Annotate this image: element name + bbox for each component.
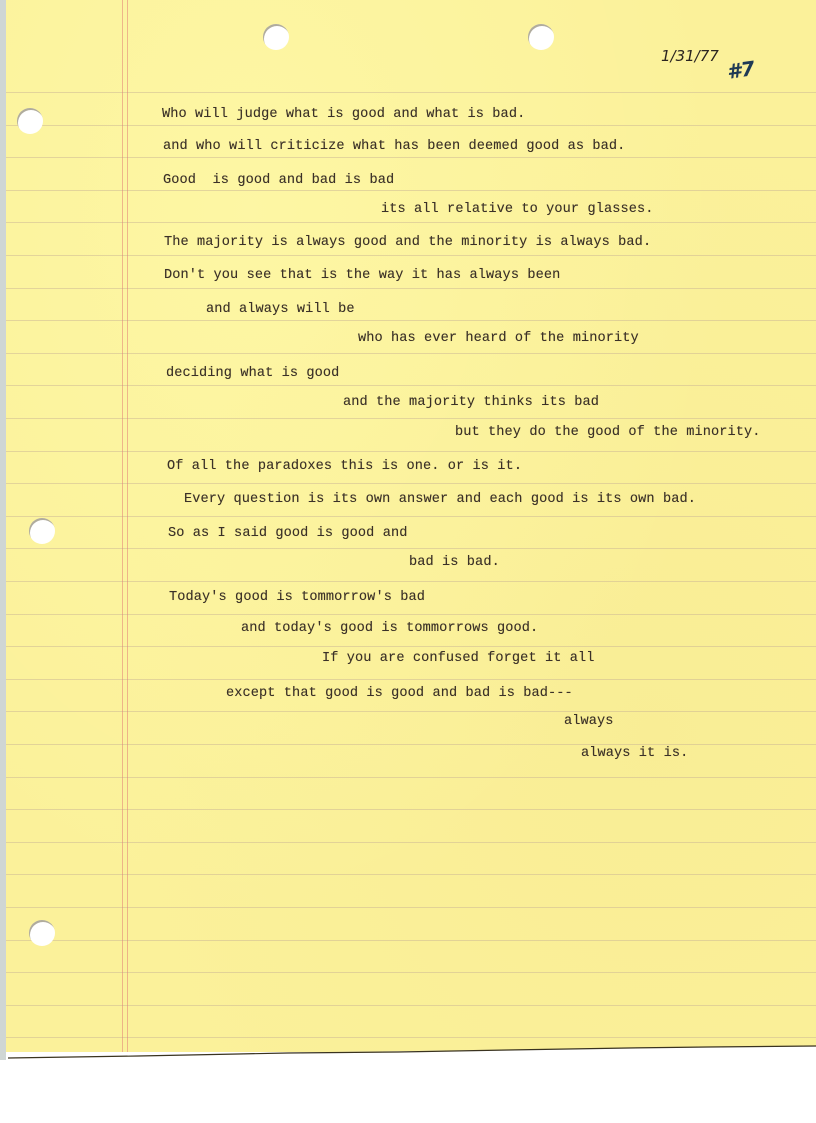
margin-line-right [127,0,128,1052]
poem-line-1: Who will judge what is good and what is … [162,107,525,122]
punch-hole-top-2 [528,24,554,50]
poem-line-18: If you are confused forget it all [322,651,595,666]
poem-line-20: always [564,714,614,729]
scanner-edge [0,0,6,1060]
poem-line-13: Every question is its own answer and eac… [184,492,696,507]
punch-hole-bottom-left [29,920,55,946]
poem-line-7: and always will be [206,302,355,317]
yellow-ruled-paper [6,0,816,1052]
punch-hole-top-left [17,108,43,134]
poem-line-11: but they do the good of the minority. [455,425,761,440]
poem-line-5: The majority is always good and the mino… [164,235,651,250]
poem-line-17: and today's good is tommorrows good. [241,621,538,636]
poem-line-21: always it is. [581,746,688,761]
poem-line-2: and who will criticize what has been dee… [163,139,625,154]
poem-line-14: So as I said good is good and [168,526,407,541]
scanned-page: 1/31/77 #7 Who will judge what is good a… [0,0,816,1123]
poem-line-19: except that good is good and bad is bad-… [226,686,573,701]
handwritten-date: 1/31/77 [661,47,719,65]
margin-line-left [122,0,123,1052]
poem-line-15: bad is bad. [409,555,500,570]
punch-hole-top-1 [263,24,289,50]
poem-line-8: who has ever heard of the minority [358,331,639,346]
punch-hole-middle-left [29,518,55,544]
poem-line-12: Of all the paradoxes this is one. or is … [167,459,522,474]
poem-line-6: Don't you see that is the way it has alw… [164,268,560,283]
poem-line-4: its all relative to your glasses. [381,202,654,217]
poem-line-3: Good is good and bad is bad [163,173,394,188]
handwritten-page-number: #7 [725,56,756,84]
poem-line-9: deciding what is good [166,366,339,381]
poem-line-16: Today's good is tommorrow's bad [169,590,425,605]
poem-line-10: and the majority thinks its bad [343,395,599,410]
